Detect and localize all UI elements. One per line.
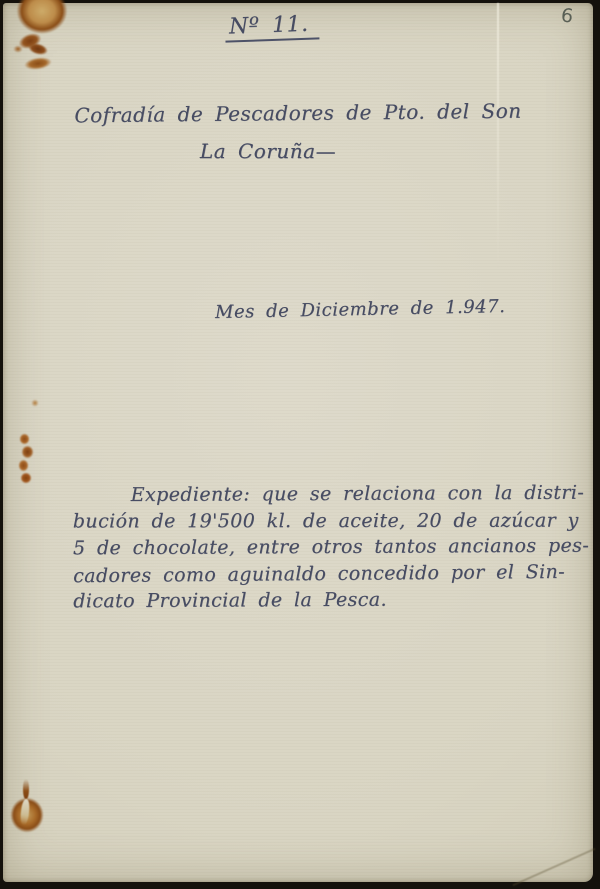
document-date: Mes de Diciembre de 1.947. <box>215 296 506 323</box>
rust-speck <box>31 399 39 407</box>
paper-edge-line <box>512 848 595 886</box>
paper-crease <box>497 3 499 273</box>
document-title-line-1: Cofradía de Pescadores de Pto. del Son <box>3 98 593 128</box>
rust-stain-top <box>11 0 73 39</box>
body-paragraph: Expediente: que se relaciona con la dist… <box>73 480 574 615</box>
rust-stain <box>22 55 54 72</box>
rust-streak <box>20 472 32 484</box>
rust-stain <box>26 40 50 57</box>
page-number: 6 <box>559 4 574 27</box>
paper-sheet: 6 Nº 11. Cofradía de Pescadores de Pto. … <box>3 3 593 882</box>
document-scan: 6 Nº 11. Cofradía de Pescadores de Pto. … <box>0 0 600 889</box>
body-line: dicato Provincial de la Pesca. <box>73 586 573 615</box>
rust-stain <box>13 45 23 53</box>
body-line: cadores como aguinaldo concedido por el … <box>73 558 573 589</box>
document-title-line-2: La Coruña— <box>3 139 533 163</box>
document-number: Nº 11. <box>225 11 319 42</box>
body-line: 5 de chocolate, entre otros tantos ancia… <box>73 533 573 562</box>
body-line: bución de 19'500 kl. de aceite, 20 de az… <box>73 507 573 534</box>
rust-streak <box>21 445 34 459</box>
rust-streak <box>19 433 30 445</box>
body-line: Expediente: que se relaciona con la dist… <box>73 480 573 509</box>
rust-streak <box>18 459 29 472</box>
